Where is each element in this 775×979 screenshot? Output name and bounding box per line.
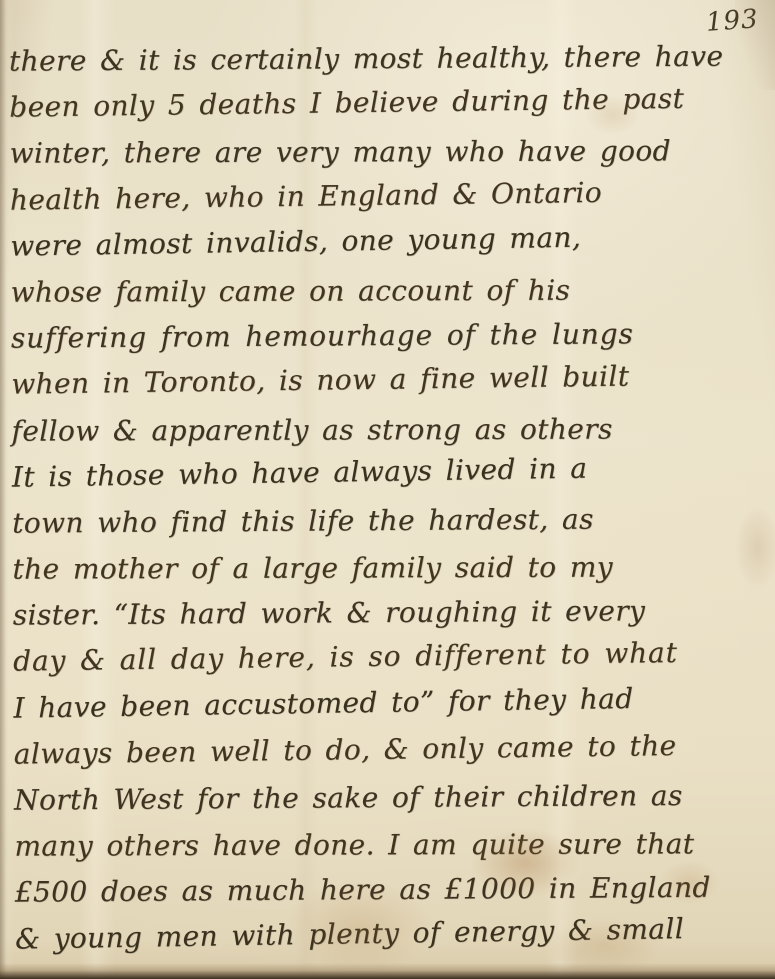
manuscript-line: been only 5 deaths I believe during the … — [9, 75, 773, 131]
manuscript-line: North West for the sake of their childre… — [14, 772, 775, 824]
manuscript-page: 193 there & it is certainly most healthy… — [0, 0, 775, 979]
manuscript-line: whose family came on account of his — [10, 267, 773, 316]
manuscript-line: town who find this life the hardest, as — [12, 495, 775, 547]
manuscript-line: always been well to do, & only came to t… — [13, 721, 775, 777]
page-bottom-edge — [0, 963, 775, 979]
manuscript-line: many others have done. I am quite sure t… — [14, 821, 775, 870]
manuscript-line: the mother of a large family said to my — [12, 544, 775, 593]
manuscript-line: when in Toronto, is now a fine well buil… — [11, 352, 775, 408]
manuscript-text-block: there & it is certainly most healthy, th… — [9, 33, 775, 962]
